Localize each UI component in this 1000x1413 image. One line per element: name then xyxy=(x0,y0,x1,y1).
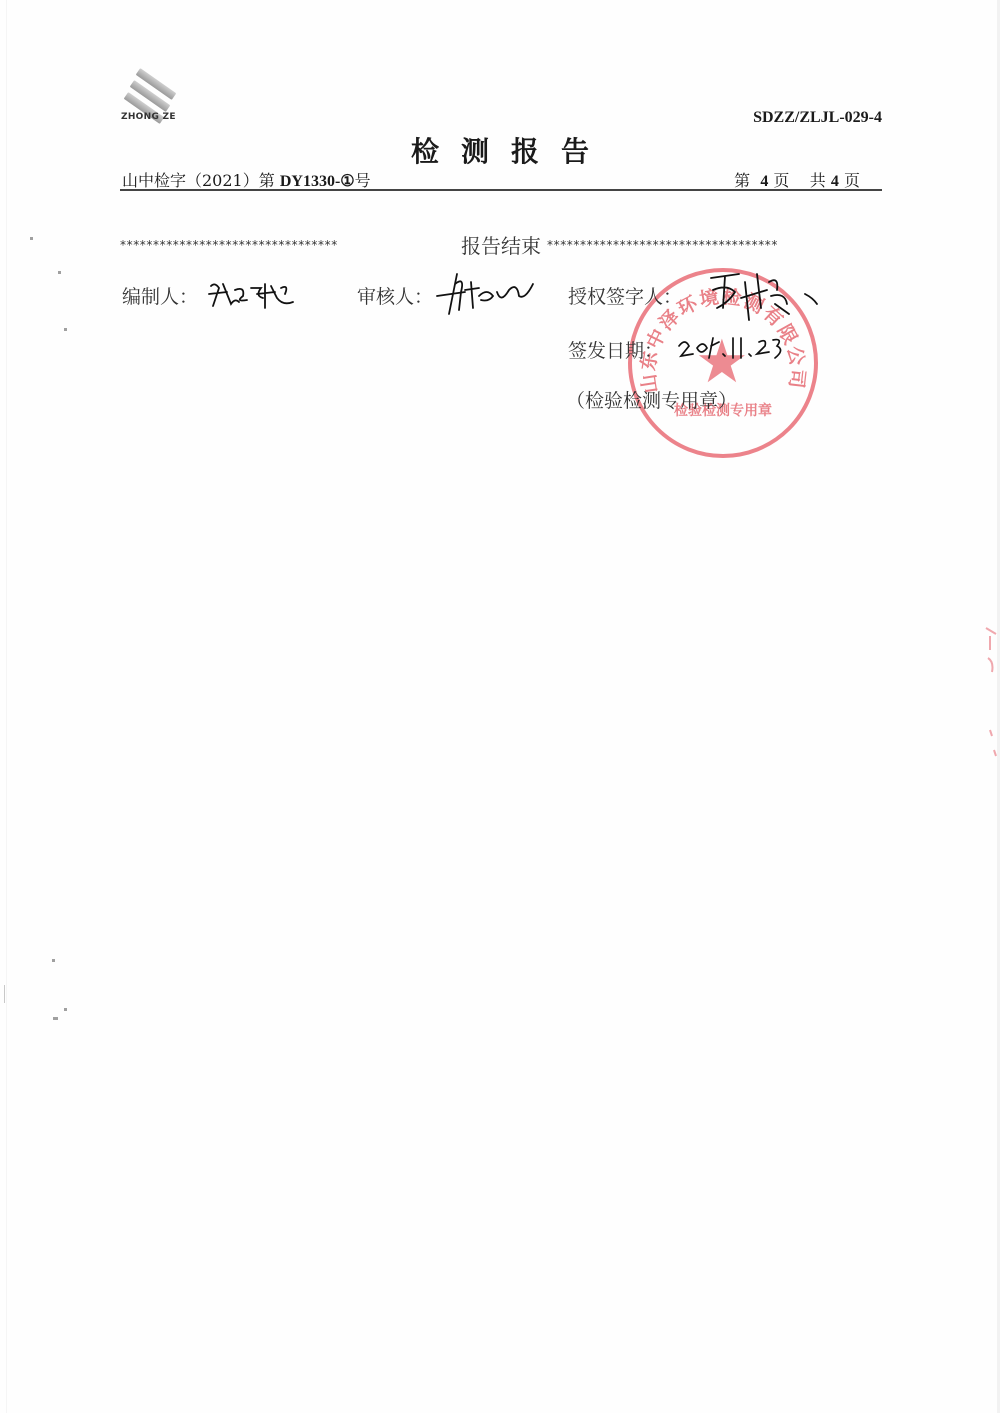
compiler-signature xyxy=(205,276,305,316)
report-number: 山中检字（2021）第 DY1330-①号 xyxy=(122,168,371,191)
stars-right: *********************************** xyxy=(547,238,882,252)
compiler-label: 编制人： xyxy=(122,282,198,309)
report-page: ZHONG ZE SDZZ/ZLJL-029-4 检测报告 山中检字（2021）… xyxy=(0,0,1000,1413)
authorizer-signature xyxy=(705,268,830,328)
adjacent-seal-bleed xyxy=(984,620,998,760)
seal-note: （检验检测专用章） xyxy=(566,386,737,413)
total-label-prefix: 共 xyxy=(810,171,826,190)
document-code: SDZZ/ZLJL-029-4 xyxy=(753,109,882,127)
page-label-suffix: 页 xyxy=(773,171,789,190)
issue-date-label: 签发日期： xyxy=(568,336,663,363)
stars-left: ********************************* xyxy=(120,238,455,252)
report-number-suffix: 号 xyxy=(355,171,371,190)
total-label-suffix: 页 xyxy=(844,171,860,190)
header-divider xyxy=(120,189,882,191)
scan-edge-left xyxy=(6,0,7,1413)
current-page: 4 xyxy=(760,173,768,190)
report-number-prefix: 山中检字（2021）第 xyxy=(122,171,275,190)
page-label-prefix: 第 xyxy=(734,171,750,190)
reviewer-signature xyxy=(435,270,545,320)
report-end-marker: ********************************* 报告结束 *… xyxy=(120,230,882,259)
authorizer-label: 授权签字人： xyxy=(568,282,682,309)
reviewer-label: 审核人： xyxy=(357,282,433,309)
total-pages: 4 xyxy=(831,173,839,190)
logo-text: ZHONG ZE xyxy=(121,112,176,122)
report-end-text: 报告结束 xyxy=(455,230,547,259)
page-indicator: 第 4 页 共 4 页 xyxy=(734,168,860,191)
issue-date-handwritten xyxy=(675,330,790,364)
report-number-code: DY1330-① xyxy=(280,173,355,190)
page-title: 检测报告 xyxy=(0,130,1000,170)
